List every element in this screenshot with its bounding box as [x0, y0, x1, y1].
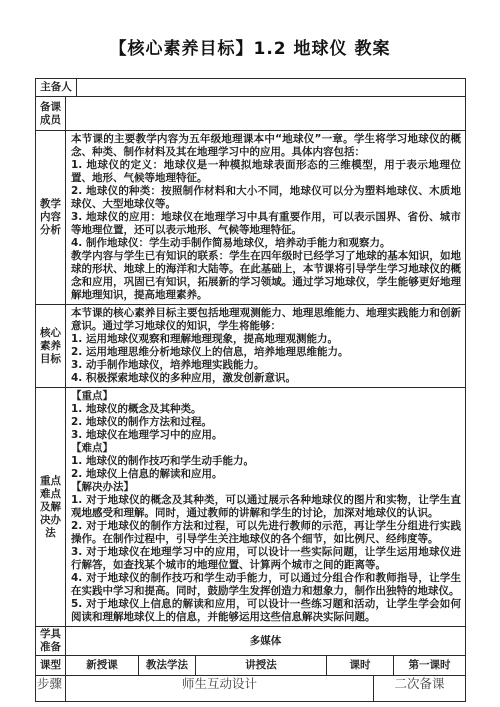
- prep-members-label: 备课 成员: [36, 97, 65, 130]
- second-prep-header: 二次备课: [373, 676, 465, 701]
- table-row-key-points: 重点 难点 及解 决办 法 【重点】 1. 地球仪的概念及其种类。 2. 地球仪…: [36, 387, 465, 626]
- tools-value: 多媒体: [65, 627, 465, 655]
- prep-members-value: [65, 97, 465, 130]
- page-root: 【核心素养目标】1.2 地球仪 教案 主备人 备课 成员 教学 内容 分析 本节…: [0, 0, 500, 707]
- class-period-value: 第一课时: [393, 656, 465, 675]
- steps-label: 步骤: [36, 676, 65, 701]
- table-row-content-analysis: 教学 内容 分析 本节课的主要教学内容为五年级地理课本中“地球仪”一章。学生将学…: [36, 130, 465, 304]
- content-analysis-label: 教学 内容 分析: [36, 131, 65, 304]
- page-title: 【核心素养目标】1.2 地球仪 教案: [0, 0, 500, 59]
- teaching-method-value: 讲授法: [195, 656, 326, 675]
- lesson-plan-table: 主备人 备课 成员 教学 内容 分析 本节课的主要教学内容为五年级地理课本中“地…: [35, 78, 466, 702]
- content-analysis-text: 本节课的主要教学内容为五年级地理课本中“地球仪”一章。学生将学习地球仪的概念、种…: [65, 131, 465, 304]
- table-row-members: 备课 成员: [36, 96, 465, 130]
- master-teacher-value: [76, 79, 465, 96]
- table-row-tools: 学具 准备 多媒体: [36, 626, 465, 655]
- interaction-design-header: 师生互动设计: [65, 676, 373, 701]
- key-points-text: 【重点】 1. 地球仪的概念及其种类。 2. 地球仪的制作方法和过程。 3. 地…: [65, 388, 465, 626]
- course-type-value: 新授课: [65, 656, 138, 675]
- key-points-label: 重点 难点 及解 决办 法: [36, 388, 65, 626]
- course-type-label: 课型: [36, 656, 65, 675]
- master-teacher-label: 主备人: [36, 79, 76, 96]
- tools-label: 学具 准备: [36, 627, 65, 655]
- core-goals-label: 核心 素养 目标: [36, 305, 65, 387]
- table-row-master: 主备人: [36, 79, 465, 96]
- class-period-label: 课时: [326, 656, 393, 675]
- core-goals-text: 本节课的核心素养目标主要包括地理观测能力、地理思维能力、地理实践能力和创新意识。…: [65, 305, 465, 387]
- table-row-core-goals: 核心 素养 目标 本节课的核心素养目标主要包括地理观测能力、地理思维能力、地理实…: [36, 304, 465, 387]
- teaching-method-label: 教法学法: [138, 656, 195, 675]
- table-row-course-meta: 课型 新授课 教法学法 讲授法 课时 第一课时: [36, 655, 465, 675]
- table-row-steps: 步骤 师生互动设计 二次备课: [36, 675, 465, 701]
